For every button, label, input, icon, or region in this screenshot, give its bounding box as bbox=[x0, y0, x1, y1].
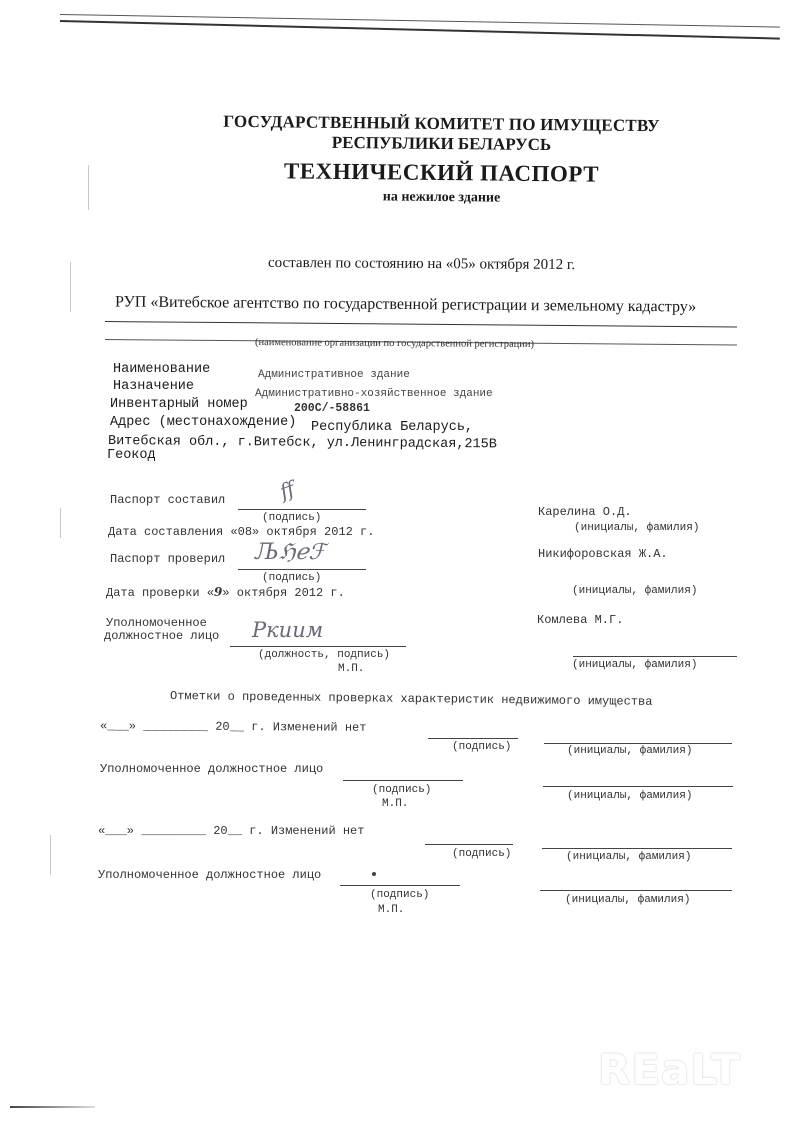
checks-title: Отметки о проведенных проверках характер… bbox=[170, 689, 653, 709]
geocode-label: Геокод bbox=[107, 448, 156, 463]
checked-by-name: Никифоровская Ж.А. bbox=[538, 547, 668, 561]
initials-line bbox=[544, 743, 732, 744]
signature-line bbox=[343, 780, 463, 781]
compiled-by-label: Паспорт составил bbox=[110, 493, 225, 507]
handwritten-signature: Ркиим bbox=[252, 618, 323, 642]
scan-border-line bbox=[60, 20, 780, 39]
authorized-label-line1: Уполномоченное bbox=[106, 616, 207, 630]
scan-edge-mark bbox=[70, 262, 71, 312]
initials-line bbox=[573, 656, 737, 657]
stamp-mark: М.П. bbox=[338, 663, 364, 675]
initials-caption: (инициалы, фамилия) bbox=[566, 851, 691, 863]
ink-dot bbox=[372, 872, 376, 876]
scan-border-line bbox=[10, 1106, 95, 1108]
scan-edge-mark bbox=[60, 508, 61, 538]
authorized-label: Уполномоченное должностное лицо bbox=[100, 762, 323, 776]
signature-line bbox=[238, 509, 366, 510]
check-entry-date: «___» _________ 20__ г. Изменений нет bbox=[100, 719, 367, 735]
realt-watermark-logo: REaLT bbox=[598, 1045, 741, 1094]
name-value: Административное здание bbox=[258, 369, 410, 381]
initials-line bbox=[543, 786, 733, 787]
address-line2: Витебская обл., г.Витебск, ул.Ленинградс… bbox=[108, 434, 497, 452]
checked-by-label: Паспорт проверил bbox=[110, 552, 225, 566]
authorized-name: Комлева М.Г. bbox=[537, 613, 623, 627]
initials-caption: (инициалы, фамилия) bbox=[572, 659, 697, 671]
compile-date: Дата составления «08» октября 2012 г. bbox=[108, 525, 374, 539]
initials-line bbox=[542, 848, 732, 849]
authorized-caption: (должность, подпись) bbox=[258, 649, 390, 661]
signature-caption: (подпись) bbox=[452, 848, 511, 860]
check-date: Дата проверки «9» октября 2012 г. bbox=[106, 585, 345, 600]
signature-line bbox=[238, 569, 366, 570]
handwritten-signature: Љℌℯℱ bbox=[255, 540, 326, 565]
document-title: ТЕХНИЧЕСКИЙ ПАСПОРТ bbox=[45, 156, 793, 190]
check-date-suffix: » октября 2012 г. bbox=[222, 586, 344, 600]
underline bbox=[105, 321, 737, 328]
compiled-as-of: составлен по состоянию на «05» октября 2… bbox=[268, 255, 575, 274]
stamp-mark: М.П. bbox=[378, 904, 404, 916]
authorized-label: Уполномоченное должностное лицо bbox=[98, 868, 321, 882]
signature-caption: (подпись) bbox=[262, 572, 321, 584]
initials-caption: (инициалы, фамилия) bbox=[567, 790, 692, 802]
purpose-value: Административно-хозяйственное здание bbox=[255, 388, 493, 400]
address-line1: Республика Беларусь, bbox=[311, 420, 473, 435]
initials-line bbox=[540, 890, 732, 891]
signature-line bbox=[340, 885, 460, 886]
inventory-value: 200С/-58861 bbox=[294, 402, 370, 415]
signature-line bbox=[230, 646, 406, 647]
inventory-label: Инвентарный номер bbox=[110, 397, 248, 412]
purpose-label: Назначение bbox=[113, 379, 194, 394]
signature-caption: (подпись) bbox=[372, 784, 431, 796]
registration-org-caption: (наименование организации по государстве… bbox=[255, 337, 534, 350]
stamp-mark: М.П. bbox=[382, 798, 408, 810]
technical-passport-page: ГОСУДАРСТВЕННЫЙ КОМИТЕТ ПО ИМУЩЕСТВУ РЕС… bbox=[0, 0, 793, 1122]
signature-caption: (подпись) bbox=[262, 512, 321, 524]
initials-caption: (инициалы, фамилия) bbox=[567, 745, 692, 757]
document-subtitle: на нежилое здание bbox=[45, 186, 793, 210]
signature-caption: (подпись) bbox=[370, 889, 429, 901]
name-label: Наименование bbox=[113, 362, 210, 377]
signature-line bbox=[428, 738, 518, 739]
compiled-by-name: Карелина О.Д. bbox=[538, 505, 632, 519]
authorized-label-line2: должностное лицо bbox=[104, 629, 219, 643]
scan-border-line bbox=[60, 14, 780, 28]
registration-org-name: РУП «Витебское агентство по государствен… bbox=[115, 293, 696, 316]
signature-caption: (подпись) bbox=[452, 741, 511, 753]
scan-edge-mark bbox=[50, 835, 51, 875]
initials-caption: (инициалы, фамилия) bbox=[572, 585, 697, 597]
signature-line bbox=[425, 844, 513, 845]
handwritten-signature: ff bbox=[276, 476, 298, 503]
check-date-prefix: Дата проверки « bbox=[106, 586, 214, 600]
initials-caption: (инициалы, фамилия) bbox=[565, 894, 690, 906]
initials-caption: (инициалы, фамилия) bbox=[574, 522, 699, 534]
check-entry-date: «___» _________ 20__ г. Изменений нет bbox=[98, 824, 364, 838]
address-label: Адрес (местонахождение) bbox=[110, 415, 296, 430]
